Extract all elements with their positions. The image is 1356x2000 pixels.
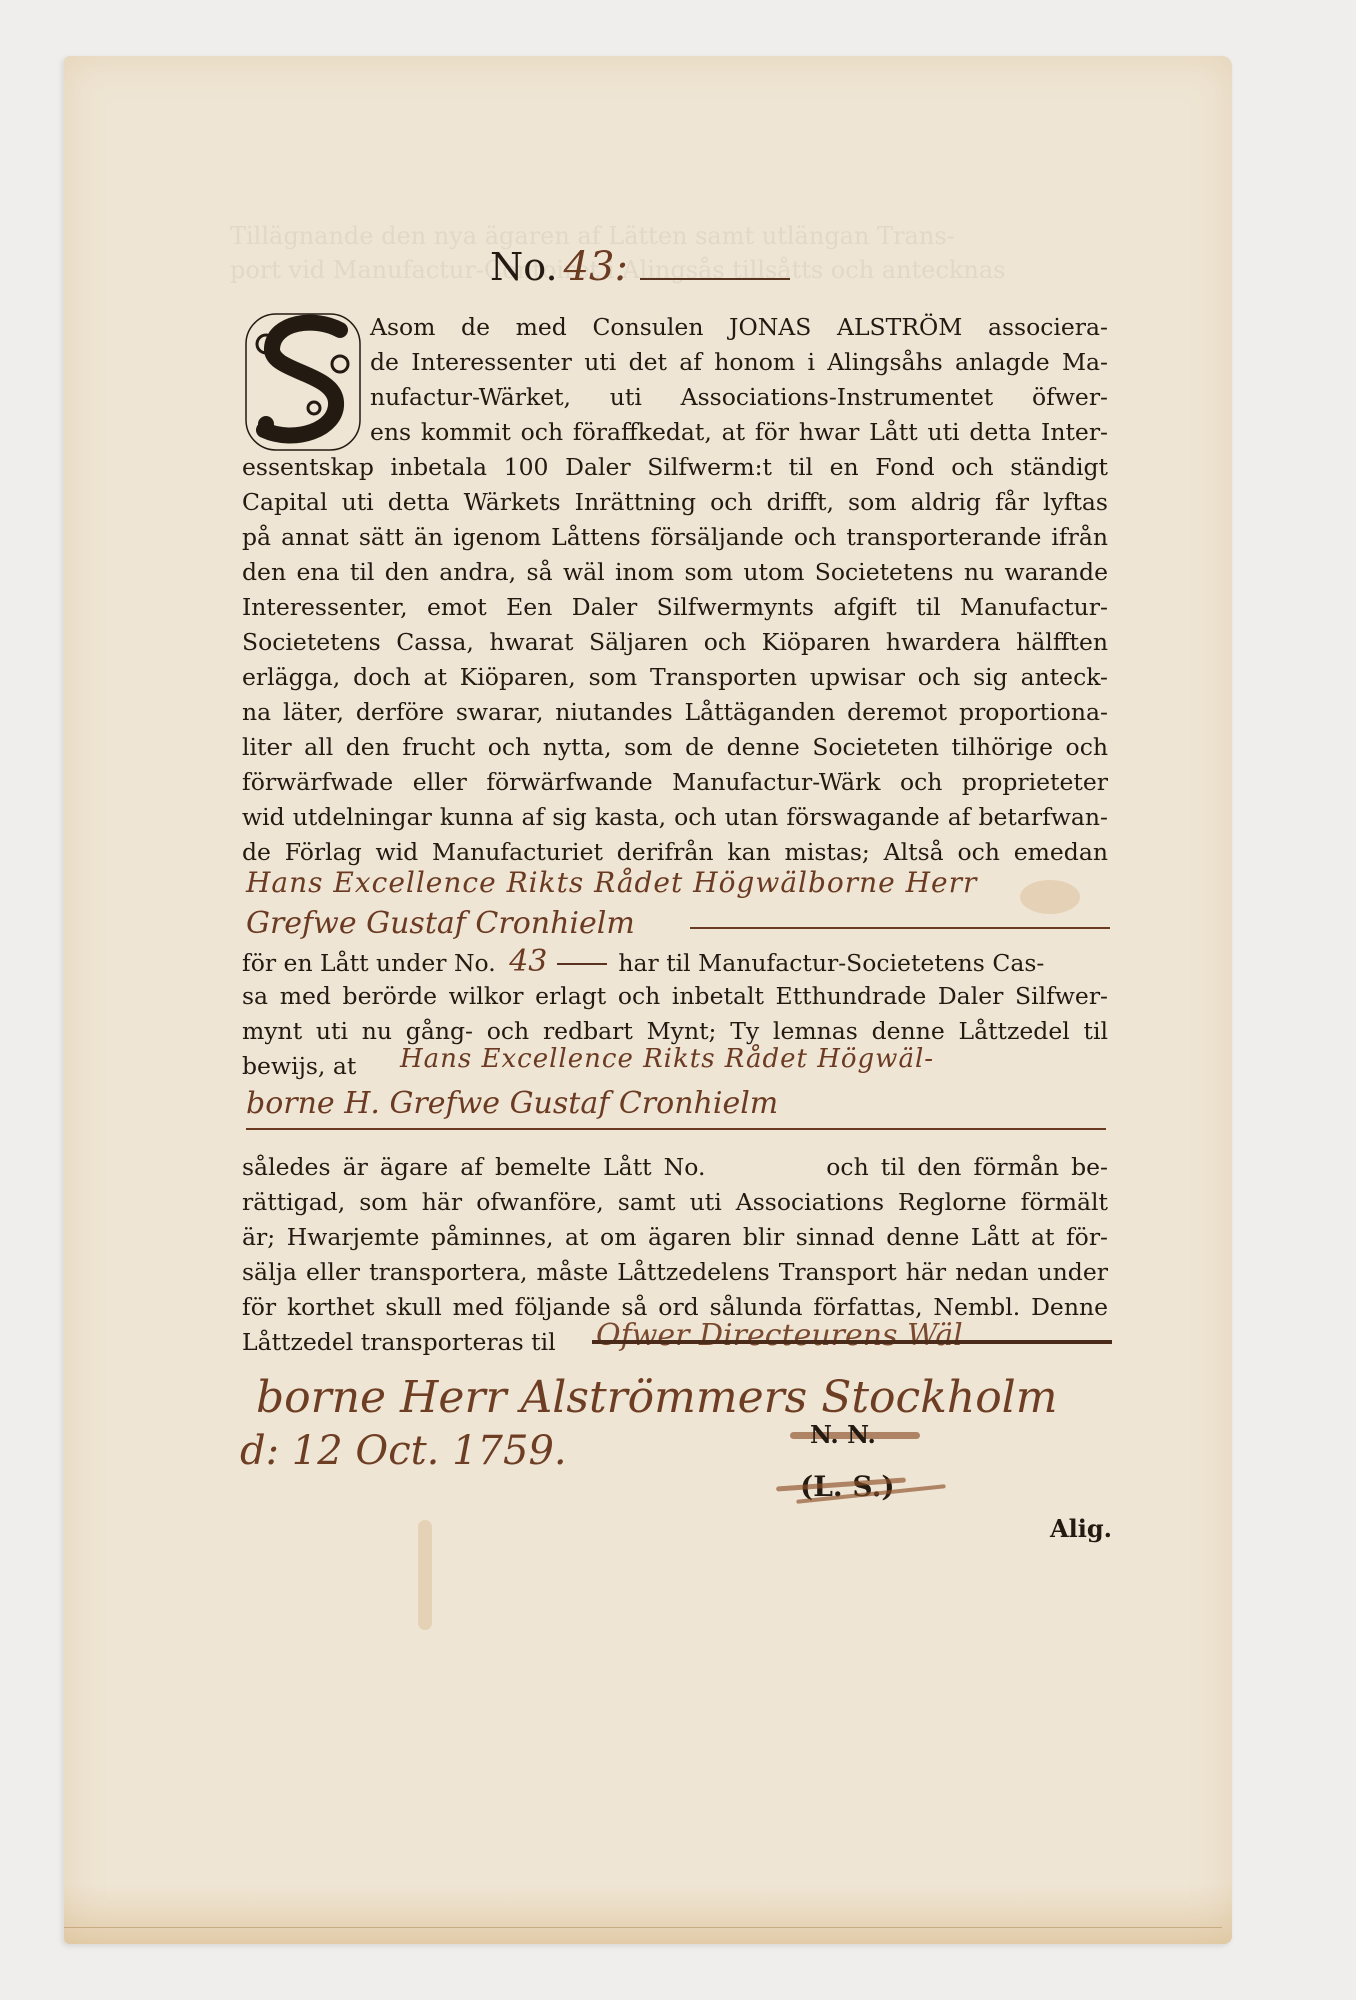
- handwritten-number: 43:: [564, 244, 628, 290]
- fill-in-rule: [246, 1128, 1106, 1130]
- printed-paragraph-2: sa med berörde wilkor erlagt och inbetal…: [242, 979, 1108, 1049]
- text-line: erlägga, doch at Kiöparen, som Transport…: [242, 660, 1108, 695]
- strikethrough-line: [592, 1340, 1112, 1344]
- text-line: nufactur-Wärket, uti Associations-Instru…: [242, 380, 1108, 415]
- text-fragment: Låttzedel transporteras til: [242, 1325, 556, 1360]
- placeholder-nn: N. N.: [810, 1420, 876, 1449]
- handwritten-holder-line: Hans Excellence Rikts Rådet Högwälborne …: [246, 866, 977, 899]
- text-fragment: har til Manufactur-Societetens Cas-: [618, 949, 1044, 977]
- printed-paragraph-3: således är ägare af bemelte Lått No. och…: [242, 1150, 1108, 1325]
- text-line: Asom de med Consulen JONAS ALSTRÖM assoc…: [242, 310, 1108, 345]
- flourish-line: [557, 963, 607, 965]
- text-line: på annat sätt än igenom Låttens försälja…: [242, 520, 1108, 555]
- handwritten-number-2: 43: [509, 944, 547, 979]
- handwritten-holder-line: Hans Excellence Rikts Rådet Högwäl-: [400, 1044, 934, 1074]
- text-line: Capital uti detta Wärkets Inrättning och…: [242, 485, 1108, 520]
- printed-lot-line: för en Lått under No. 43 har til Manufac…: [242, 944, 1044, 981]
- catchword: Alig.: [1050, 1514, 1112, 1543]
- number-label: No.: [490, 245, 558, 289]
- text-line: de Interessenter uti det af honom i Alin…: [242, 345, 1108, 380]
- text-line: na läter, derföre swarar, niutandes Lått…: [242, 695, 1108, 730]
- text-line: Societetens Cassa, hwarat Säljaren och K…: [242, 625, 1108, 660]
- text-line: ens kommit och föraffkedat, at för hwar …: [242, 415, 1108, 450]
- flourish-line: [640, 264, 790, 280]
- handwritten-transfer-line: borne Herr Alströmmers Stockholm: [256, 1372, 1057, 1423]
- water-stain: [418, 1520, 432, 1630]
- printed-paragraph-1: Asom de med Consulen JONAS ALSTRÖM assoc…: [242, 310, 1108, 870]
- text-line: således är ägare af bemelte Lått No. och…: [242, 1150, 1108, 1185]
- handwritten-holder-line: borne H. Grefwe Gustaf Cronhielm: [246, 1086, 778, 1121]
- text-line: sälja eller transportera, måste Låttzede…: [242, 1255, 1108, 1290]
- text-line: förwärfwade eller förwärfwande Manufactu…: [242, 765, 1108, 800]
- text-line: wid utdelningar kunna af sig kasta, och …: [242, 800, 1108, 835]
- text-line: den ena til den andra, så wäl inom som u…: [242, 555, 1108, 590]
- text-line: de Förlag wid Manufacturiet derifrån kan…: [242, 835, 1108, 870]
- text-line: liter all den frucht och nytta, som de d…: [242, 730, 1108, 765]
- fill-in-rule: [690, 927, 1110, 929]
- handwritten-struck-text: Ofwer Directeurens Wäl: [596, 1318, 963, 1353]
- text-fragment: för en Lått under No.: [242, 949, 496, 977]
- paper-fold: [64, 1927, 1222, 1928]
- text-line: Interessenter, emot Een Daler Silfwermyn…: [242, 590, 1108, 625]
- lot-number-heading: No. 43:: [490, 244, 790, 290]
- ink-stain: [1020, 880, 1080, 914]
- handwritten-holder-line: Grefwe Gustaf Cronhielm: [246, 906, 635, 941]
- text-fragment: bewijs, at: [242, 1049, 356, 1084]
- handwritten-date: d: 12 Oct. 1759.: [240, 1428, 567, 1474]
- text-line: sa med berörde wilkor erlagt och inbetal…: [242, 979, 1108, 1014]
- text-line: essentskap inbetala 100 Daler Silfwerm:t…: [242, 450, 1108, 485]
- text-line: är; Hwarjemte påminnes, at om ägaren bli…: [242, 1220, 1108, 1255]
- text-line: rättigad, som här ofwanföre, samt uti As…: [242, 1185, 1108, 1220]
